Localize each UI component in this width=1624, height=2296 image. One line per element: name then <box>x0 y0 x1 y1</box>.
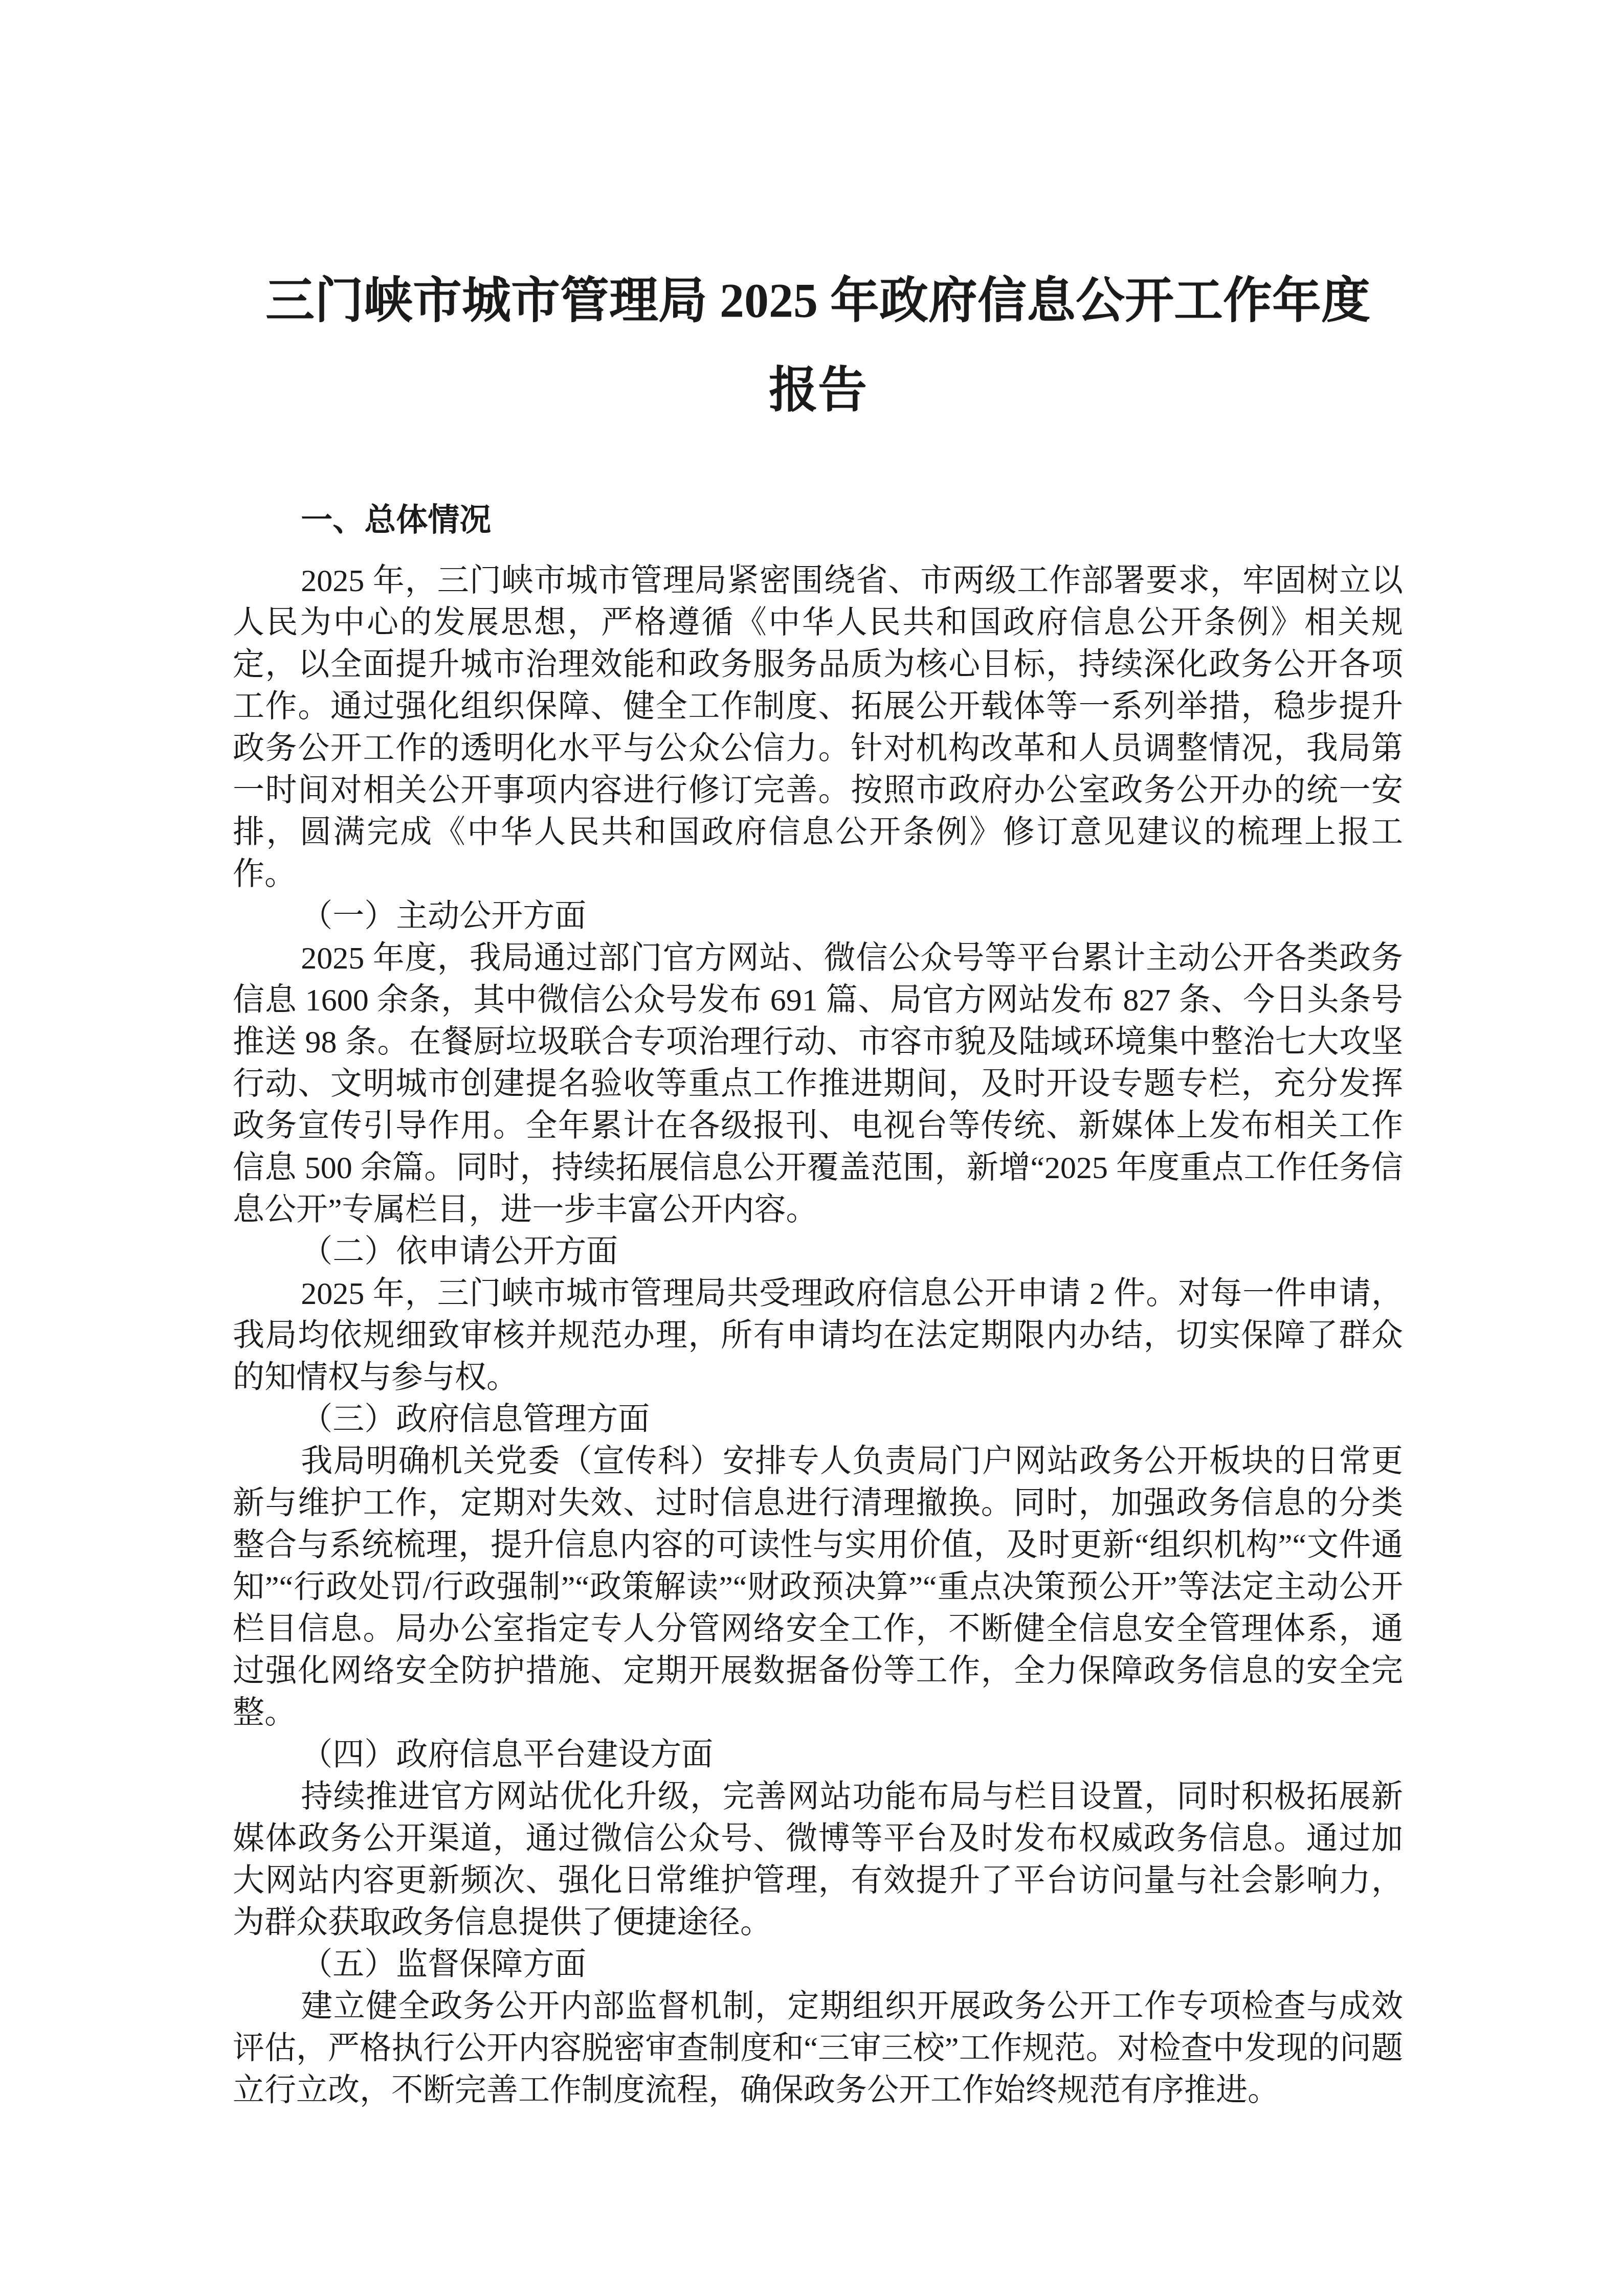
section-heading-overall-situation: 一、总体情况 <box>233 500 1403 542</box>
subsection-paragraph-platform-construction: 持续推进官方网站优化升级，完善网站功能布局与栏目设置，同时积极拓展新媒体政务公开… <box>233 1776 1403 1944</box>
document-title-line-1: 三门峡市城市管理局 2025 年政府信息公开工作年度 <box>233 256 1403 345</box>
subsection-heading-platform-construction: （四）政府信息平台建设方面 <box>233 1734 1403 1776</box>
subsection-paragraph-information-management: 我局明确机关党委（宣传科）安排专人负责局门户网站政务公开板块的日常更新与维护工作… <box>233 1440 1403 1734</box>
subsection-heading-proactive-disclosure: （一）主动公开方面 <box>233 895 1403 937</box>
document-title-line-2: 报告 <box>233 345 1403 435</box>
subsection-paragraph-supervision-guarantee: 建立健全政务公开内部监督机制，定期组织开展政务公开工作专项检查与成效评估，严格执… <box>233 1986 1403 2111</box>
report-page: 三门峡市城市管理局 2025 年政府信息公开工作年度 报告 一、总体情况 202… <box>0 0 1624 2296</box>
subsection-heading-information-management: （三）政府信息管理方面 <box>233 1399 1403 1440</box>
subsection-paragraph-disclosure-upon-request: 2025 年，三门峡市城市管理局共受理政府信息公开申请 2 件。对每一件申请，我… <box>233 1273 1403 1399</box>
subsection-heading-supervision-guarantee: （五）监督保障方面 <box>233 1944 1403 1986</box>
subsection-paragraph-proactive-disclosure: 2025 年度，我局通过部门官方网站、微信公众号等平台累计主动公开各类政务信息 … <box>233 937 1403 1231</box>
overview-paragraph: 2025 年，三门峡市城市管理局紧密围绕省、市两级工作部署要求，牢固树立以人民为… <box>233 560 1403 895</box>
report-content: 三门峡市城市管理局 2025 年政府信息公开工作年度 报告 一、总体情况 202… <box>0 0 1624 2111</box>
document-title: 三门峡市城市管理局 2025 年政府信息公开工作年度 报告 <box>233 256 1403 435</box>
subsection-heading-disclosure-upon-request: （二）依申请公开方面 <box>233 1231 1403 1273</box>
